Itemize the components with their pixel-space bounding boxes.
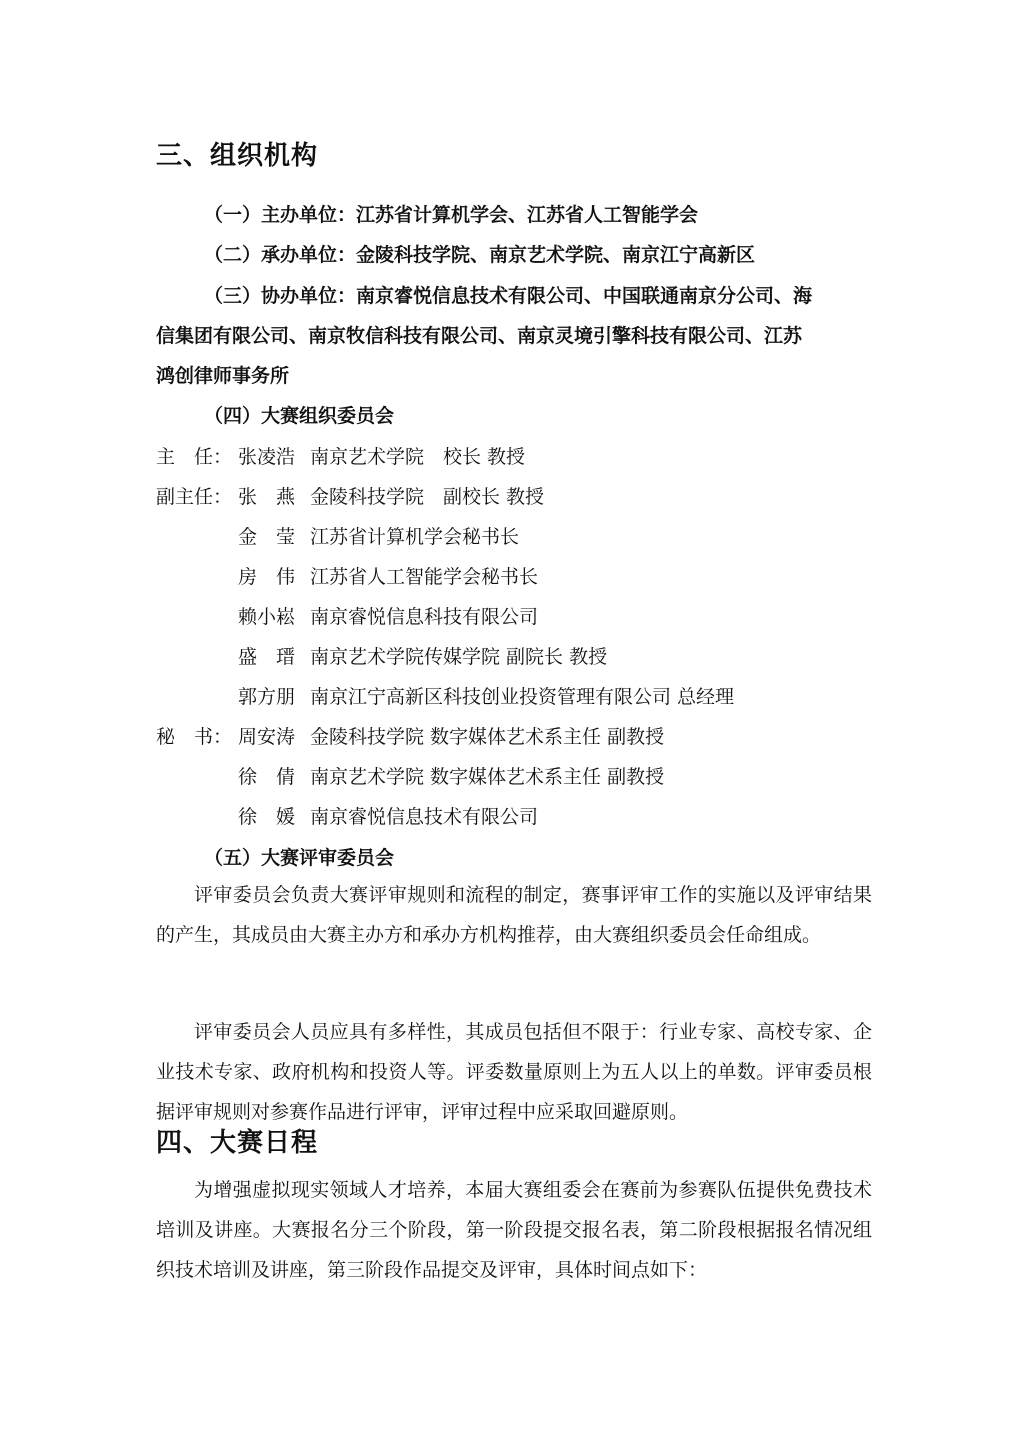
member-detail: 南京睿悦信息技术有限公司 xyxy=(310,806,538,828)
member-detail: 南京艺术学院传媒学院 副院长 教授 xyxy=(310,646,607,668)
member-detail: 江苏省人工智能学会秘书长 xyxy=(310,566,538,588)
member-detail: 南京艺术学院 数字媒体艺术系主任 副教授 xyxy=(310,766,664,788)
committee-title: （四）大赛组织委员会 xyxy=(204,401,394,428)
member-name: 张 燕 xyxy=(238,482,310,509)
section-title-schedule: 四、大赛日程 xyxy=(156,1122,318,1159)
role-director: 主 任： xyxy=(156,442,232,469)
organizer-units: （二）承办单位：金陵科技学院、南京艺术学院、南京江宁高新区 xyxy=(204,240,755,267)
member-name: 房 伟 xyxy=(238,562,310,589)
document-page: 三、组织机构 （一）主办单位：江苏省计算机学会、江苏省人工智能学会 （二）承办单… xyxy=(0,0,1024,1448)
co-organizer-line-3: 鸿创律师事务所 xyxy=(156,361,289,388)
jury-title: （五）大赛评审委员会 xyxy=(204,843,394,870)
section-title-organization: 三、组织机构 xyxy=(156,135,318,172)
member-name: 郭方朋 xyxy=(238,682,310,709)
jury-paragraph-1: 评审委员会负责大赛评审规则和流程的制定，赛事评审工作的实施以及评审结果的产生，其… xyxy=(156,875,872,955)
member-detail: 金陵科技学院 数字媒体艺术系主任 副教授 xyxy=(310,726,664,748)
member-name: 徐 倩 xyxy=(238,762,310,789)
committee-member: 郭方朋南京江宁高新区科技创业投资管理有限公司 总经理 xyxy=(238,682,734,709)
member-name: 徐 媛 xyxy=(238,802,310,829)
member-detail: 金陵科技学院 副校长 教授 xyxy=(310,486,544,508)
member-name: 周安涛 xyxy=(238,722,310,749)
committee-member: 张凌浩南京艺术学院 校长 教授 xyxy=(238,442,525,469)
member-name: 张凌浩 xyxy=(238,442,310,469)
jury-paragraph-2: 评审委员会人员应具有多样性，其成员包括但不限于：行业专家、高校专家、企业技术专家… xyxy=(156,1012,872,1132)
member-name: 赖小崧 xyxy=(238,602,310,629)
committee-member: 房 伟江苏省人工智能学会秘书长 xyxy=(238,562,538,589)
member-detail: 南京睿悦信息科技有限公司 xyxy=(310,606,538,628)
member-detail: 南京江宁高新区科技创业投资管理有限公司 总经理 xyxy=(310,686,734,708)
host-units: （一）主办单位：江苏省计算机学会、江苏省人工智能学会 xyxy=(204,200,698,227)
member-name: 金 莹 xyxy=(238,522,310,549)
committee-member: 徐 媛南京睿悦信息技术有限公司 xyxy=(238,802,538,829)
committee-member: 赖小崧南京睿悦信息科技有限公司 xyxy=(238,602,538,629)
member-detail: 江苏省计算机学会秘书长 xyxy=(310,526,519,548)
co-organizer-line-1: （三）协办单位：南京睿悦信息技术有限公司、中国联通南京分公司、海 xyxy=(204,281,812,308)
committee-member: 金 莹江苏省计算机学会秘书长 xyxy=(238,522,519,549)
committee-member: 张 燕金陵科技学院 副校长 教授 xyxy=(238,482,544,509)
co-organizer-line-2: 信集团有限公司、南京牧信科技有限公司、南京灵境引擎科技有限公司、江苏 xyxy=(156,321,802,348)
committee-member: 盛 瑨南京艺术学院传媒学院 副院长 教授 xyxy=(238,642,607,669)
committee-member: 徐 倩南京艺术学院 数字媒体艺术系主任 副教授 xyxy=(238,762,664,789)
committee-member: 周安涛金陵科技学院 数字媒体艺术系主任 副教授 xyxy=(238,722,664,749)
role-deputy-director: 副主任： xyxy=(156,482,232,509)
member-name: 盛 瑨 xyxy=(238,642,310,669)
schedule-paragraph: 为增强虚拟现实领域人才培养，本届大赛组委会在赛前为参赛队伍提供免费技术培训及讲座… xyxy=(156,1170,872,1290)
role-secretary: 秘 书： xyxy=(156,722,232,749)
member-detail: 南京艺术学院 校长 教授 xyxy=(310,446,525,468)
